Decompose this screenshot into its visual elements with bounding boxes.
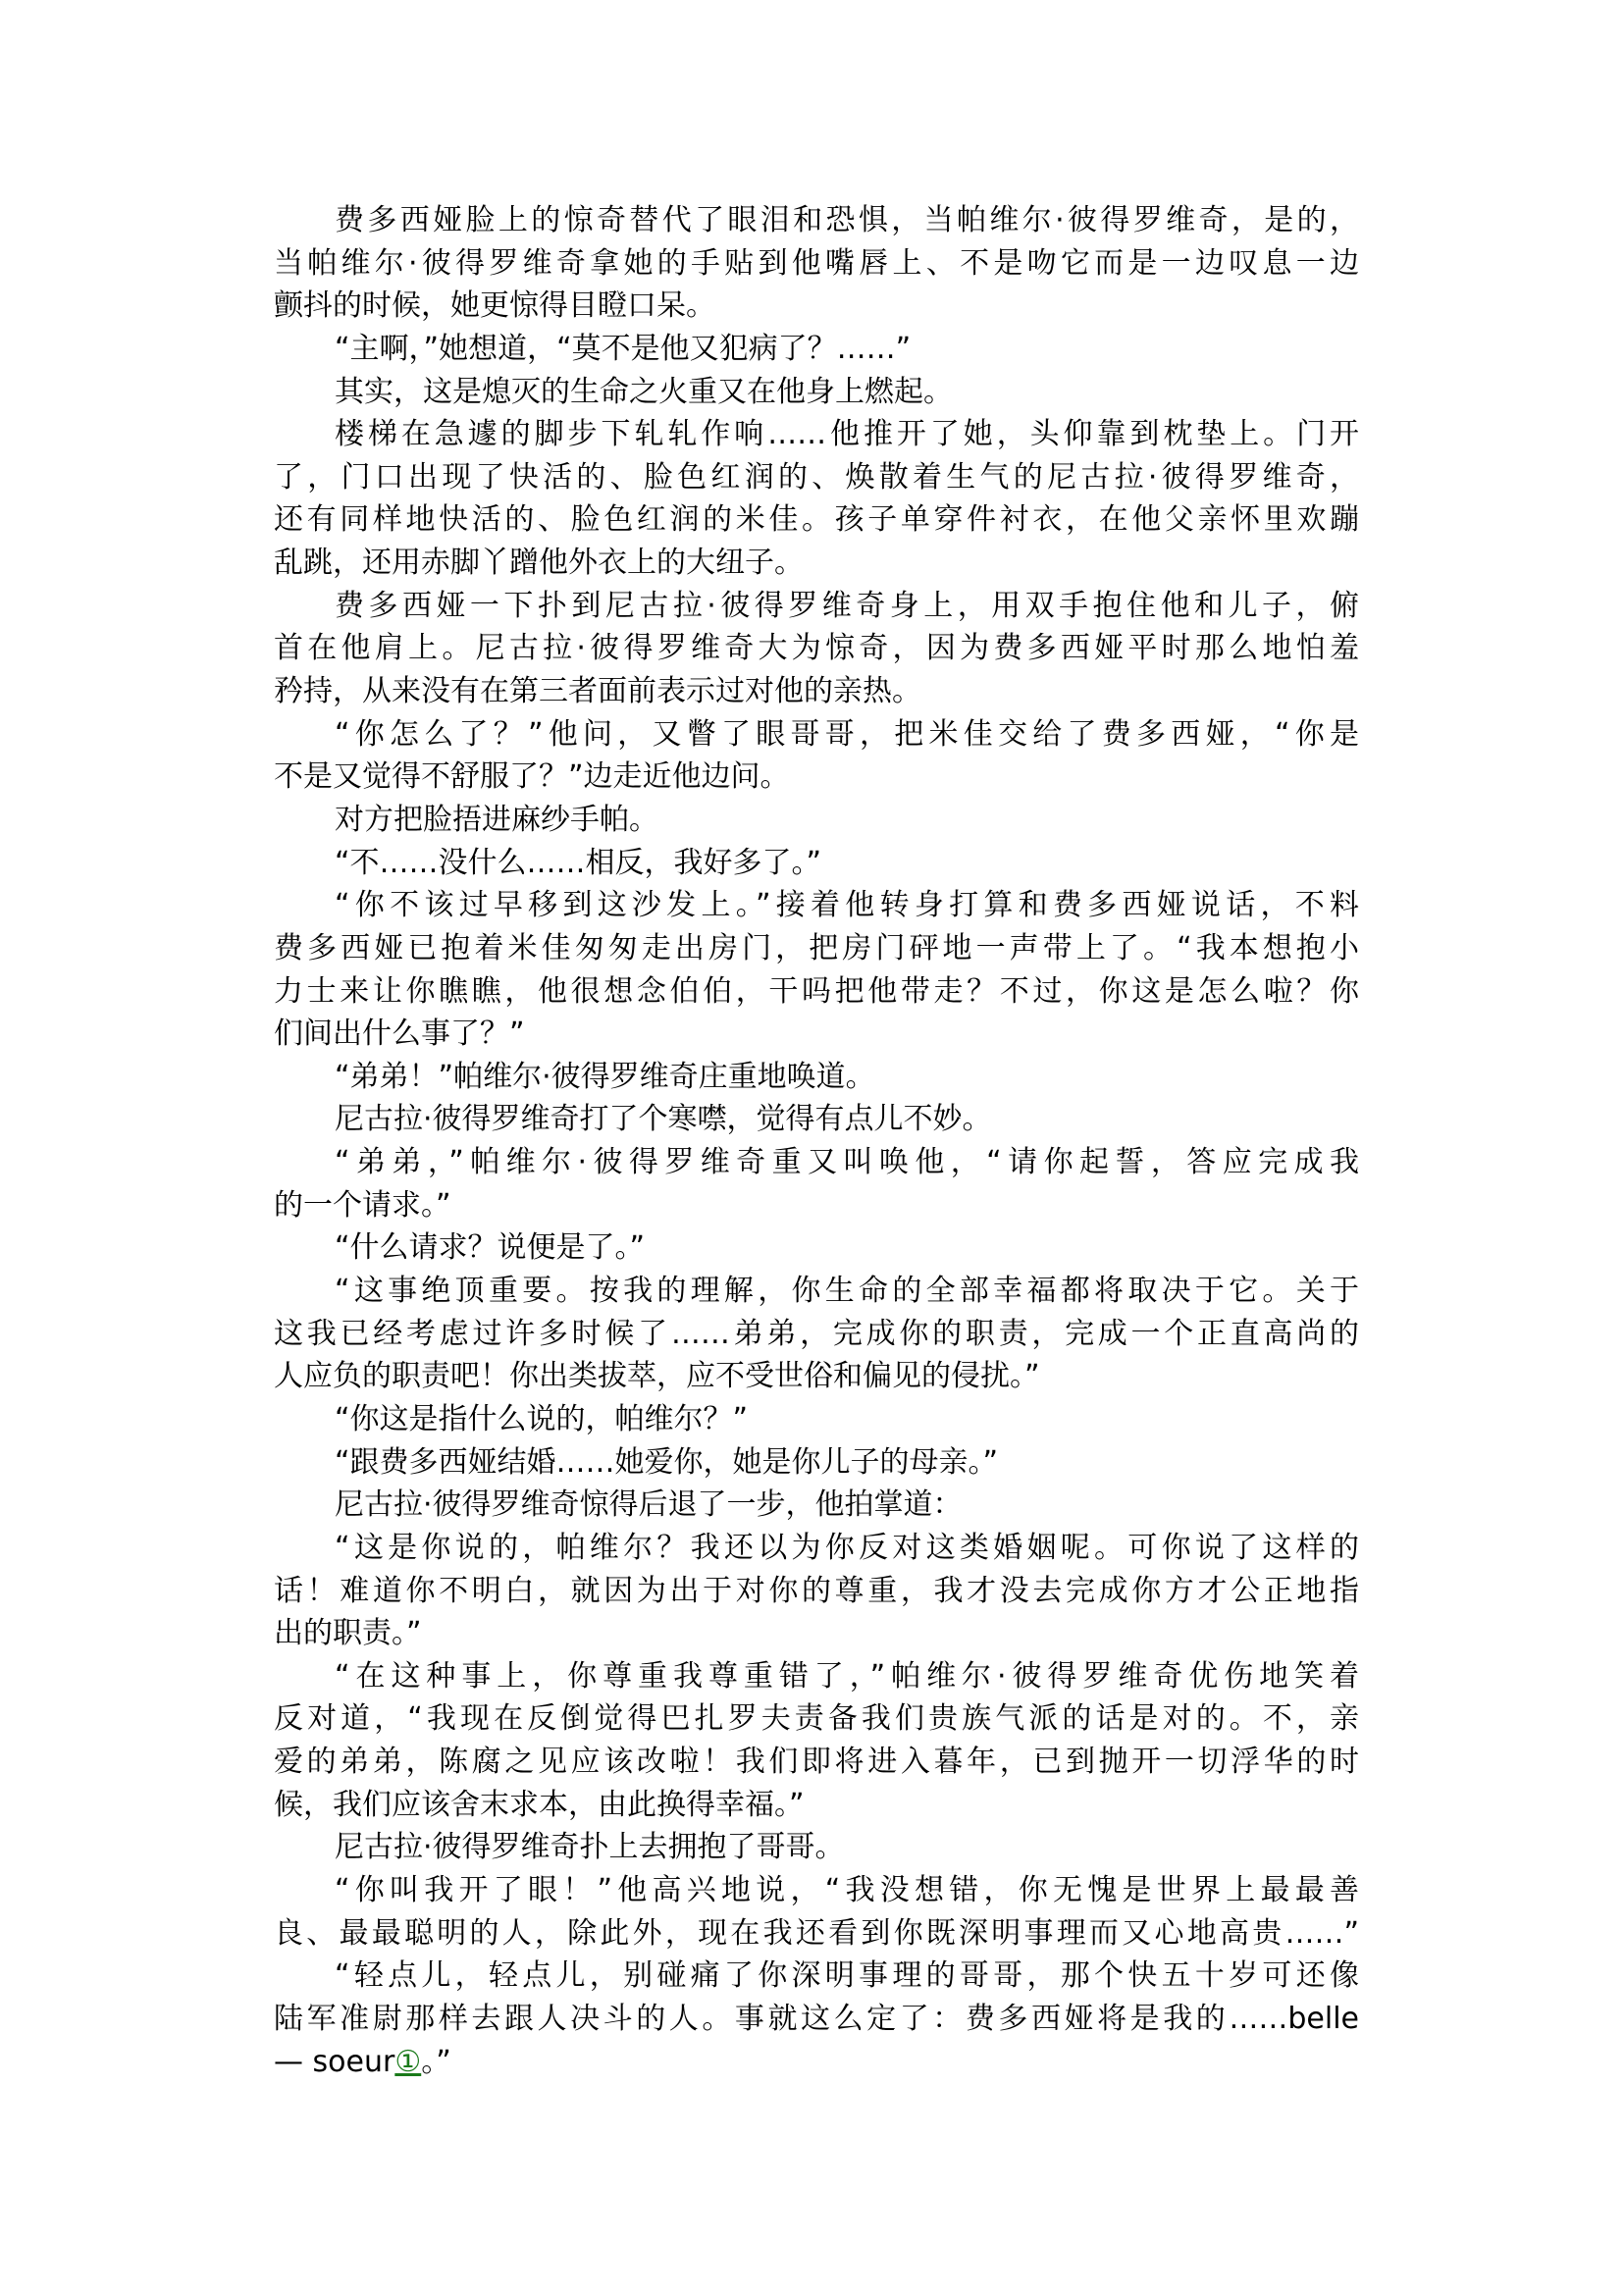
text-line: 人应负的职责吧！你出类拔萃，应不受世俗和偏见的侵扰。” <box>274 1355 1359 1398</box>
text-line: 爱的弟弟，陈腐之见应该改啦！我们即将进入暮年，已到抛开一切浮华的时 <box>274 1741 1359 1784</box>
text-line: 了，门口出现了快活的、脸色红润的、焕散着生气的尼古拉·彼得罗维奇， <box>274 456 1359 499</box>
text-line: 反对道，“我现在反倒觉得巴扎罗夫责备我们贵族气派的话是对的。不，亲 <box>274 1697 1359 1741</box>
text-line: 费多西娅已抱着米佳匆匆走出房门，把房门砰地一声带上了。“我本想抱小 <box>274 927 1359 970</box>
text-line: 候，我们应该舍末求本，由此换得幸福。” <box>274 1784 1359 1827</box>
text-line: 首在他肩上。尼古拉·彼得罗维奇大为惊奇，因为费多西娅平时那么地怕羞 <box>274 627 1359 670</box>
text-line: 费多西娅脸上的惊奇替代了眼泪和恐惧，当帕维尔·彼得罗维奇，是的， <box>274 199 1359 242</box>
text-line: “这事绝顶重要。按我的理解，你生命的全部幸福都将取决于它。关于 <box>274 1270 1359 1313</box>
text-line: 矜持，从来没有在第三者面前表示过对他的亲热。 <box>274 670 1359 713</box>
footnote-link[interactable]: ① <box>394 2045 421 2079</box>
text-line: “主啊，”她想道，“莫不是他又犯病了？……” <box>274 328 1359 371</box>
text-line: “弟弟！”帕维尔·彼得罗维奇庄重地唤道。 <box>274 1056 1359 1099</box>
text-line: 楼梯在急遽的脚步下轧轧作响……他推开了她，头仰靠到枕垫上。门开 <box>274 413 1359 456</box>
text-line: 陆军准尉那样去跟人决斗的人。事就这么定了：费多西娅将是我的……belle <box>274 1998 1359 2041</box>
text-line: 尼古拉·彼得罗维奇扑上去拥抱了哥哥。 <box>274 1826 1359 1869</box>
text-line: 出的职责。” <box>274 1612 1359 1655</box>
last-line-text: — soeur <box>274 2045 394 2079</box>
text-line: 这我已经考虑过许多时候了……弟弟，完成你的职责，完成一个正直高尚的 <box>274 1313 1359 1356</box>
text-line: 良、最最聪明的人，除此外，现在我还看到你既深明事理而又心地高贵……” <box>274 1912 1359 1955</box>
text-line: 尼古拉·彼得罗维奇惊得后退了一步，他拍掌道： <box>274 1484 1359 1527</box>
text-line: “你叫我开了眼！”他高兴地说，“我没想错，你无愧是世界上最最善 <box>274 1869 1359 1912</box>
last-line-closing: 。” <box>421 2045 451 2079</box>
text-line: “你怎么了？”他问，又瞥了眼哥哥，把米佳交给了费多西娅，“你是 <box>274 713 1359 756</box>
text-line: 对方把脸捂进麻纱手帕。 <box>274 799 1359 842</box>
text-line: “跟费多西娅结婚……她爱你，她是你儿子的母亲。” <box>274 1441 1359 1485</box>
text-line: 尼古拉·彼得罗维奇打了个寒噤，觉得有点儿不妙。 <box>274 1098 1359 1141</box>
text-line: “你不该过早移到这沙发上。”接着他转身打算和费多西娅说话，不料 <box>274 884 1359 927</box>
body-text: 费多西娅脸上的惊奇替代了眼泪和恐惧，当帕维尔·彼得罗维奇，是的，当帕维尔·彼得罗… <box>274 199 1359 2083</box>
text-line: “不……没什么……相反，我好多了。” <box>274 842 1359 885</box>
text-line: 力士来让你瞧瞧，他很想念伯伯，干吗把他带走？不过，你这是怎么啦？你 <box>274 970 1359 1014</box>
text-line: “你这是指什么说的，帕维尔？” <box>274 1398 1359 1441</box>
text-line: 不是又觉得不舒服了？”边走近他边问。 <box>274 756 1359 799</box>
text-line: “什么请求？说便是了。” <box>274 1226 1359 1270</box>
text-line: 的一个请求。” <box>274 1184 1359 1227</box>
text-line: 颤抖的时候，她更惊得目瞪口呆。 <box>274 285 1359 328</box>
text-line: — soeur①。” <box>274 2041 1359 2084</box>
text-line: 当帕维尔·彼得罗维奇拿她的手贴到他嘴唇上、不是吻它而是一边叹息一边 <box>274 242 1359 286</box>
document-page: 费多西娅脸上的惊奇替代了眼泪和恐惧，当帕维尔·彼得罗维奇，是的，当帕维尔·彼得罗… <box>0 0 1624 2294</box>
text-line: 乱跳，还用赤脚丫蹭他外衣上的大纽子。 <box>274 542 1359 585</box>
text-line: “在这种事上，你尊重我尊重错了，”帕维尔·彼得罗维奇优伤地笑着 <box>274 1655 1359 1698</box>
text-line: 们间出什么事了？” <box>274 1013 1359 1056</box>
text-line: 话！难道你不明白，就因为出于对你的尊重，我才没去完成你方才公正地指 <box>274 1570 1359 1613</box>
text-line: 费多西娅一下扑到尼古拉·彼得罗维奇身上，用双手抱住他和儿子，俯 <box>274 585 1359 628</box>
text-line: “这是你说的，帕维尔？我还以为你反对这类婚姻呢。可你说了这样的 <box>274 1527 1359 1570</box>
text-line: 其实，这是熄灭的生命之火重又在他身上燃起。 <box>274 371 1359 414</box>
text-line: “弟弟，”帕维尔·彼得罗维奇重又叫唤他，“请你起誓，答应完成我 <box>274 1141 1359 1184</box>
text-line: “轻点儿，轻点儿，别碰痛了你深明事理的哥哥，那个快五十岁可还像 <box>274 1955 1359 1998</box>
text-line: 还有同样地快活的、脸色红润的米佳。孩子单穿件衬衣，在他父亲怀里欢蹦 <box>274 498 1359 542</box>
